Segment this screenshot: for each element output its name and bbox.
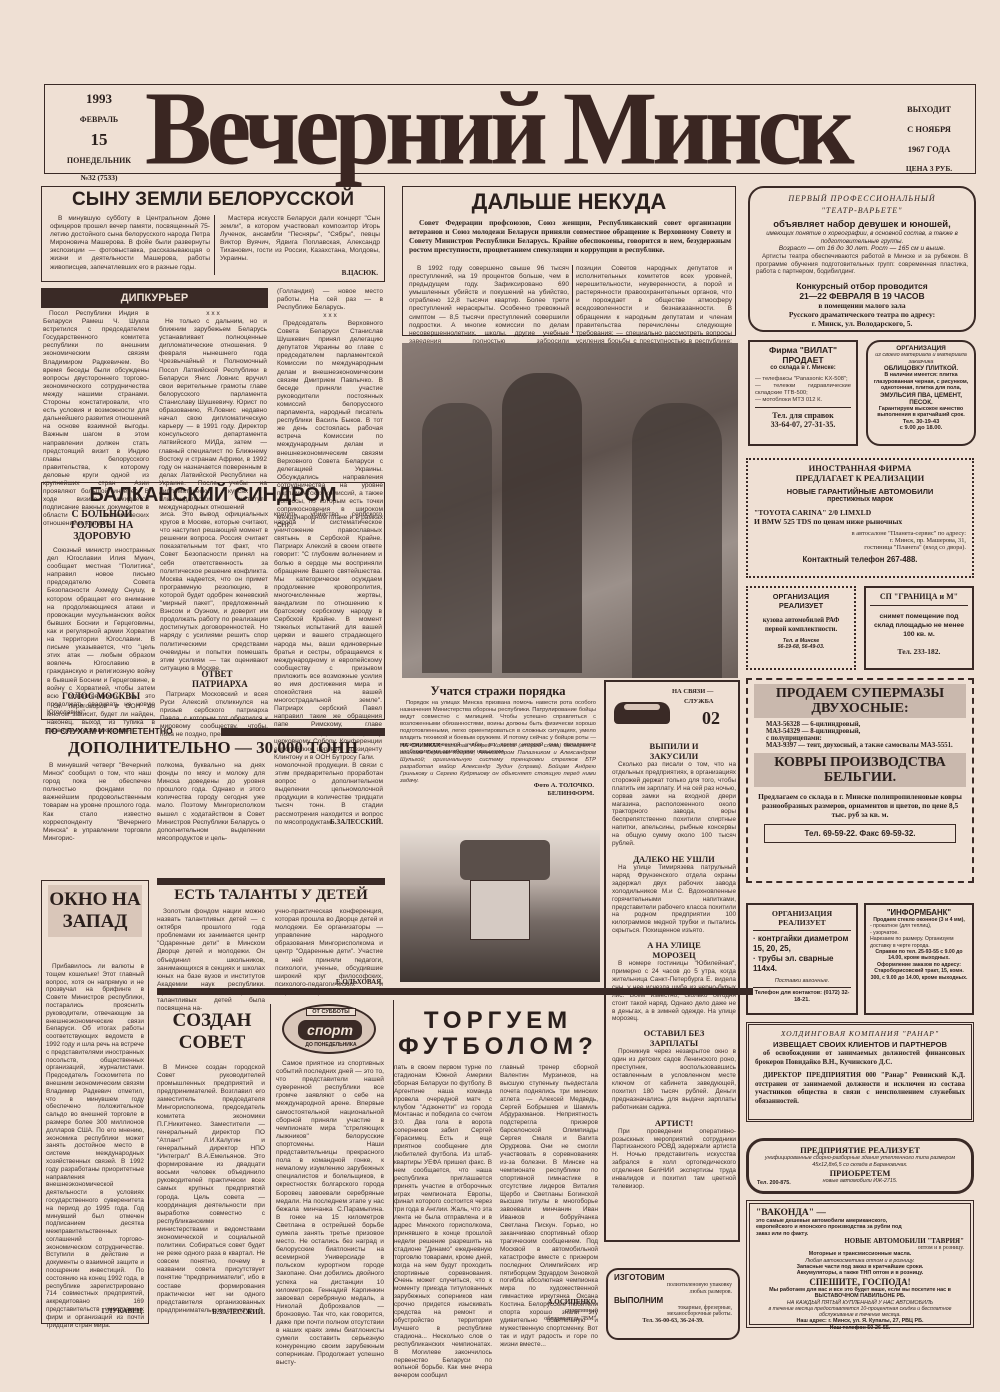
article-body: Самое приятное из спортивных событий пос… xyxy=(276,1060,384,1368)
article-col1: Золотым фондом нации можно назвать талан… xyxy=(157,908,265,1013)
ad-item: — мотоблоки МТЗ 012 К. xyxy=(755,397,851,408)
ad-addr3: гостиница "Планета" (вход со двора). xyxy=(754,544,966,551)
ad-phone: Тел. 200-875. xyxy=(757,1180,791,1186)
since-line2: С НОЯБРЯ xyxy=(881,119,977,139)
police-items: ВЫПИЛИ И ЗАКУСИЛИ Сколько раз писали о т… xyxy=(612,742,736,1191)
article-col2: зиса. Это вывод официальных кругов в Мос… xyxy=(160,511,268,673)
ad-title2: ПРОДАЕТ xyxy=(755,355,851,365)
item-body: В номере гостиницы "Юбилейная", примерно… xyxy=(612,960,736,1023)
ad-phone-label: Тел. для справок xyxy=(755,411,851,420)
ad-addr2: г. Минск, пр. Машерова, 31, xyxy=(754,537,966,544)
ad-teatr-variete: ПЕРВЫЙ ПРОФЕССИОНАЛЬНЫЙ "ТЕАТР-ВАРЬЕТЕ" … xyxy=(748,186,976,332)
ad-granica: СП "ГРАНИЦА и М" снимет помещение под ск… xyxy=(864,586,974,670)
ad-service: ОБЛИЦОВКУ ПЛИТКОЙ. xyxy=(872,365,970,372)
photo-credit1: Фото А. ТОЛОЧКО. xyxy=(500,782,594,789)
article-futbol: ТОРГУЕМ ФУТБОЛОМ? пать в своем первом ту… xyxy=(394,1000,602,1330)
newspaper-title: Вечерний Минск xyxy=(145,66,925,192)
ad-line: НОВЫЕ АВТОМОБИЛИ "ТАВРИЯ" xyxy=(756,1237,964,1245)
police-car-logo: НА СВЯЗИ — СЛУЖБА 02 xyxy=(612,686,736,736)
article-balkan: БАЛКАНСКИЙ СИНДРОМ С БОЛЬНОЙ ГОЛОВЫ НА З… xyxy=(41,482,385,720)
logo-number: 02 xyxy=(702,708,720,729)
ad-title2: ПРЕДЛАГАЕТ К РЕАЛИЗАЦИИ xyxy=(754,473,966,483)
masthead: 1993 ФЕВРАЛЬ 15 ПОНЕДЕЛЬНИК №32 (7533) В… xyxy=(44,84,976,174)
photo-credit2: БЕЛИНФОРМ. xyxy=(500,790,594,797)
logo-line2: СЛУЖБА xyxy=(684,698,713,705)
ad-h2: ВЫПОЛНИМ xyxy=(614,1296,732,1305)
separator: x x x xyxy=(277,312,383,320)
item-body: При проведении оперативно-розыскных меро… xyxy=(612,1128,736,1191)
ad-products: ЭМУЛЬСИЯ ПВА, ЦЕМЕНТ, ПЕСОК. xyxy=(872,392,970,406)
sport-logo: ОТ СУББОТЫ спорт ДО ПОНЕДЕЛЬНИКА xyxy=(282,1004,376,1054)
sport-logo-top: ОТ СУББОТЫ xyxy=(306,1008,356,1016)
ad-p2: ДИРЕКТОР ПРЕДПРИЯТИЯ 000 "Ранар" Ревинск… xyxy=(755,1071,965,1105)
item-title: АРТИСТ! xyxy=(612,1118,736,1128)
top-bar xyxy=(157,878,385,885)
photo-board xyxy=(470,880,530,940)
issue-number: №32 (7533) xyxy=(49,173,149,182)
ad-line: МАЗ-56328 — 6-цилиндровый, xyxy=(754,721,966,728)
article-author3: обозреватель "ВМ". xyxy=(544,1315,598,1322)
article-author: Е.ОЛЬХОВАЯ. xyxy=(336,978,383,986)
subhead: ОТВЕТ ПАТРИАРХА xyxy=(192,669,242,689)
police-column: НА СВЯЗИ — СЛУЖБА 02 ВЫПИЛИ И ЗАКУСИЛИ С… xyxy=(604,680,740,1242)
ad-line: МАЗ-9397 — тент, двухосный, а также само… xyxy=(754,742,966,749)
item-body: На улице Тимирязева патрульный наряд Фру… xyxy=(612,864,736,935)
article-col3a: (Голландия) — новое место работы. На сей… xyxy=(277,288,383,312)
ad-line: в течение месяца предоставляется 10-проц… xyxy=(756,1306,964,1318)
article-title: БАЛКАНСКИЙ СИНДРОМ xyxy=(42,484,384,507)
article-syn-zemli: СЫНУ ЗЕМЛИ БЕЛОРУССКОЙ В минувшую суббот… xyxy=(41,186,385,282)
item-title: А НА УЛИЦЕ МОРОЗЕЦ xyxy=(612,941,736,960)
article-lead: Совет Федерации профсоюзов, Союз женщин,… xyxy=(409,218,731,254)
date-block: 1993 ФЕВРАЛЬ 15 ПОНЕДЕЛЬНИК №32 (7533) xyxy=(49,91,149,182)
article-title: ДОПОЛНИТЕЛЬНО — 30.000 ТОНН xyxy=(41,738,385,758)
ad-phone: Тел. 233-182. xyxy=(870,647,968,656)
ad-predpriyatie: ПРЕДПРИЯТИЕ РЕАЛИЗУЕТ унифицированные сб… xyxy=(746,1138,974,1194)
article-okno: ОКНО НА ЗАПАД Прибавилось ли валюты в то… xyxy=(41,880,149,1324)
article-body: В Минске создан городской Совет руководи… xyxy=(157,1064,265,1315)
photo-vehicle xyxy=(460,840,550,880)
photo-caption: НА СНИМКАХ: капитан Андрей Колесов (втор… xyxy=(400,743,596,785)
ad-body: Артисты театра обеспечиваются работой в … xyxy=(756,253,968,276)
month: ФЕВРАЛЬ xyxy=(49,115,149,124)
article-author: Б.ЗАЛЕССКИЙ. xyxy=(330,818,383,826)
price: ЦЕНА 3 РУБ. xyxy=(881,159,977,179)
article-strazhi: Учатся стражи порядка Порядок на улицах … xyxy=(400,684,596,780)
since-block: ВЫХОДИТ С НОЯБРЯ 1967 ГОДА ЦЕНА 3 РУБ. xyxy=(881,99,977,179)
ad-models2: И BMW 525 TDS по ценам ниже рыночных xyxy=(754,517,966,526)
logo-line1: НА СВЯЗИ — xyxy=(672,688,713,695)
page-column-rule xyxy=(393,1000,394,1330)
ad-sub: из своего материала и материала заказчик… xyxy=(872,352,970,365)
ad-quality: Гарантируем высокое качество выполнения … xyxy=(872,406,970,419)
ad-headline: объявляет набор девушек и юношей, xyxy=(756,219,968,230)
subhead: С БОЛЬНОЙ ГОЛОВЫ НА ЗДОРОВУЮ xyxy=(52,509,152,542)
subhead: ГОЛОС МОСКВЫ xyxy=(47,691,155,701)
ad-title1: Фирма "ВИЛАТ" xyxy=(755,345,851,355)
kicker: ПО СЛУХАМ И КОМПЕТЕНТНО xyxy=(45,726,173,736)
item-body: Проникнув через незакрытое окно в один и… xyxy=(612,1048,736,1111)
ad-place3: г. Минск, ул. Володарского, 5. xyxy=(756,319,968,328)
ad-title: ОРГАНИЗАЦИЯ РЕАЛИЗУЕТ xyxy=(752,592,850,610)
caption-label: НА СНИМКАХ: xyxy=(400,743,442,749)
item-title: ВЫПИЛИ И ЗАКУСИЛИ xyxy=(612,742,736,761)
ad-plitka: ОРГАНИЗАЦИЯ из своего материала и матери… xyxy=(866,340,976,446)
column-divider xyxy=(270,1004,271,1324)
since-line3: 1967 ГОДА xyxy=(881,139,977,159)
article-dalshe-nekuda: ДАЛЬШЕ НЕКУДА Совет Федерации профсоюзов… xyxy=(402,186,736,336)
ad-title: ОРГАНИЗАЦИЯ xyxy=(872,345,970,352)
ad-models1: "TOYOTA CARINA" 2/0 LIMXLD xyxy=(754,508,966,517)
ad-line: токарные, фрезерные, механосборочные раб… xyxy=(614,1305,732,1319)
ad-title2: КОВРЫ ПРОИЗВОДСТВА БЕЛЬГИИ. xyxy=(754,753,966,787)
ad-line: полиэтиленовую упаковку любых размеров. xyxy=(614,1282,732,1296)
ad-title: ПРОДАЕМ СУПЕРМАЗЫ ДВУХОСНЫЕ: xyxy=(754,684,966,718)
article-col1: пать в своем первом турне по стадионам Ю… xyxy=(394,1064,492,1380)
ad-headline: ИЗВЕЩАЕТ СВОИХ КЛИЕНТОВ И ПАРТНЕРОВ xyxy=(755,1040,965,1049)
section-banner: ДИПКУРЬЕР xyxy=(41,288,268,308)
kicker-bar xyxy=(221,728,385,736)
ad-p1: об освобождении от занимаемых должностей… xyxy=(755,1049,965,1066)
ad-title1: ИНОСТРАННАЯ ФИРМА xyxy=(754,463,966,473)
article-col3: кратить убийство сербского народа и сист… xyxy=(274,511,382,762)
ad-phones: 33-64-07, 27-31-35. xyxy=(755,420,851,429)
ad-phone: Тел. 36-00-63, 36-24-39. xyxy=(614,1318,732,1324)
ad-maz-kovry: ПРОДАЕМ СУПЕРМАЗЫ ДВУХОСНЫЕ: МАЗ-56328 —… xyxy=(746,678,974,883)
article-body: Прибавилось ли валюты в тощем кошельке! … xyxy=(46,963,144,1329)
ad-line: унифицированные сборно-разборные здания … xyxy=(757,1155,963,1168)
ad-kontrgaiki: ОРГАНИЗАЦИЯ РЕАЛИЗУЕТ · контргайки диаме… xyxy=(746,903,858,1015)
ad-line: · контргайки диаметром 15, 20, 25, xyxy=(753,934,851,954)
separator: x x x xyxy=(159,310,267,318)
ad-line: Наш телефон 50-26-55. xyxy=(756,1325,964,1331)
article-talanty: ЕСТЬ ТАЛАНТЫ У ДЕТЕЙ Золотым фондом наци… xyxy=(157,878,385,996)
ad-line1: ПЕРВЫЙ ПРОФЕССИОНАЛЬНЫЙ xyxy=(756,194,968,203)
ad-title2: ПРИОБРЕТЕМ xyxy=(757,1168,963,1178)
ad-title: "ИНФОРМБАНК" xyxy=(870,908,968,917)
ad-h2: престижных марок xyxy=(754,496,966,503)
ad-line: Нарезаем по размеру. Организуем доставку… xyxy=(870,936,968,949)
ad-body: кузова автомобилей РАФ первой комплектно… xyxy=(752,616,850,634)
article-title: ДАЛЬШЕ НЕКУДА xyxy=(403,189,735,215)
ad-place1: в помещении малого зала xyxy=(756,301,968,310)
photo-figure xyxy=(422,403,492,673)
ad-title: СП "ГРАНИЦА и М" xyxy=(870,592,968,606)
ad-place2: Русского драматического театра по адресу… xyxy=(756,310,968,319)
ad-h1: НОВЫЕ ГАРАНТИЙНЫЕ АВТОМОБИЛИ xyxy=(754,487,966,496)
ad-hours: с 9.00 до 18.00. xyxy=(872,425,970,431)
ad-body2: Предлагаем со склада в г. Минске полипро… xyxy=(754,792,966,819)
ad-phone2: 56-19-68, 56-49-03. xyxy=(752,644,850,650)
ad-line2: "ТЕАТР-ВАРЬЕТЕ" xyxy=(756,206,968,215)
sport-logo-mid: спорт xyxy=(298,1020,362,1040)
day: 15 xyxy=(49,130,149,150)
ad-sub: со склада в г. Минске: xyxy=(755,365,851,371)
article-title: ОКНО НА ЗАПАД xyxy=(48,885,142,937)
photo-figure xyxy=(502,373,582,673)
ad-contest1: Конкурсный отбор проводится xyxy=(756,281,968,291)
article-col2: полкома, буквально на днях фонды по мясу… xyxy=(157,762,265,843)
ad-phone: Тел. 69-59-22. Факс 69-59-32. xyxy=(764,824,956,843)
ad-title: ОРГАНИЗАЦИЯ РЕАЛИЗУЕТ xyxy=(753,909,851,931)
ad-sub1: имеющих понятие о хореографии, в основно… xyxy=(756,230,968,245)
article-col2: Мастера искусств Беларуси дали концерт "… xyxy=(220,215,380,264)
article-author: Б.ЗАЛЕССКИЙ. xyxy=(212,1308,265,1316)
ad-line: Мы работаем для вас и все это будет ваше… xyxy=(756,1287,964,1300)
article-title: СЫНУ ЗЕМЛИ БЕЛОРУССКОЙ xyxy=(42,189,384,211)
ad-title: ПРЕДПРИЯТИЕ РЕАЛИЗУЕТ xyxy=(757,1145,963,1155)
ad-line: Оформление заказов по адресу: Староборис… xyxy=(870,962,968,981)
ad-informbank: "ИНФОРМБАНК" Продаем стекло оконное (3 и… xyxy=(864,903,974,1015)
item-title: ДАЛЕКО НЕ УШЛИ xyxy=(612,854,736,864)
ad-line: с полуприцепами: xyxy=(754,735,966,742)
article-author: В.ЦАСЮК. xyxy=(342,269,378,277)
photo-figure xyxy=(632,403,722,678)
article-author: Г.ЛУКАВЕЦ. xyxy=(102,1307,144,1315)
ad-contest2: 21—22 ФЕВРАЛЯ В 19 ЧАСОВ xyxy=(756,291,968,301)
ad-vakonda: "ВАКОНДА" — это самые дешевые автомобили… xyxy=(746,1200,974,1328)
ad-headline: СПЕШИТЕ, ГОСПОДА! xyxy=(756,1277,964,1287)
ad-phone: Телефон для контактов: (0172) 32-18-21. xyxy=(753,990,851,1004)
ad-line: МАЗ-54329 — 8-цилиндровый, xyxy=(754,728,966,735)
year: 1993 xyxy=(49,91,149,107)
article-title: Учатся стражи порядка xyxy=(400,684,596,699)
ad-line: Справки по тел. 25-93-55 с 9.00 до 14.00… xyxy=(870,949,968,962)
sport-logo-bottom: ДО ПОНЕДЕЛЬНИКА xyxy=(296,1042,366,1048)
ad-ranar: ХОЛДИНГОВАЯ КОМПАНИЯ "РАНАР" ИЗВЕЩАЕТ СВ… xyxy=(746,1022,974,1122)
ad-title: "ВАКОНДА" — xyxy=(756,1208,964,1218)
article-30000-tonn: ПО СЛУХАМ И КОМПЕТЕНТНО ДОПОЛНИТЕЛЬНО — … xyxy=(41,726,385,856)
article-author1: А.ОСИПЕНКО, xyxy=(548,1298,599,1306)
article-dipkurier: ДИПКУРЬЕР Посол Республики Индия в Белар… xyxy=(41,288,385,478)
article-sovet: СОЗДАН СОВЕТ В Минске создан городской С… xyxy=(157,1000,267,1330)
ad-body: снимет помещение под склад площадью не м… xyxy=(870,612,968,639)
ad-line: это самые дешевые автомобили американско… xyxy=(756,1218,906,1237)
ad-raf: ОРГАНИЗАЦИЯ РЕАЛИЗУЕТ кузова автомобилей… xyxy=(746,586,856,670)
photo-soldiers-btr xyxy=(400,830,600,982)
column-divider xyxy=(214,215,215,275)
article-title: ЕСТЬ ТАЛАНТЫ У ДЕТЕЙ xyxy=(157,887,385,904)
ad-vilat: Фирма "ВИЛАТ" ПРОДАЕТ со склада в г. Мин… xyxy=(748,340,858,446)
ad-note: Поставки вагонные. xyxy=(753,978,851,988)
since-line1: ВЫХОДИТ xyxy=(881,99,977,119)
article-author2: спортивный xyxy=(565,1307,598,1314)
ad-h1: ИЗГОТОВИМ xyxy=(614,1273,732,1282)
photo-soldiers-main xyxy=(402,343,738,678)
article-sport: ОТ СУББОТЫ спорт ДО ПОНЕДЕЛЬНИКА Самое п… xyxy=(274,1000,386,1330)
ad-izgotovim: ИЗГОТОВИМ полиэтиленовую упаковку любых … xyxy=(606,1268,740,1340)
article-col1: В минувшую субботу в Центральном Доме оф… xyxy=(50,215,210,272)
caption-text: капитан Андрей Колесов (второй слева) бе… xyxy=(400,743,596,784)
article-title: ТОРГУЕМ ФУТБОЛОМ? xyxy=(394,1008,602,1060)
ad-phone: Контактный телефон 267-488. xyxy=(754,555,966,564)
car-window-icon xyxy=(624,704,660,710)
ad-item: — тележки гидравлические складские ТГВ-5… xyxy=(755,383,851,397)
ad-title: ХОЛДИНГОВАЯ КОМПАНИЯ "РАНАР" xyxy=(755,1029,965,1038)
ad-sub2: Возраст — от 16 до 30 лет. Рост — 165 см… xyxy=(756,245,968,253)
item-title: ОСТАВИЛ БЕЗ ЗАРПЛАТЫ xyxy=(612,1029,736,1048)
weekday: ПОНЕДЕЛЬНИК xyxy=(49,156,149,165)
ad-line: · трубы эл. сварные 114х4. xyxy=(753,954,851,974)
article-title: СОЗДАН СОВЕТ xyxy=(157,1010,267,1054)
item-body: Сколько раз писали о том, что на отдельн… xyxy=(612,761,736,848)
ad-item: — телефаксы "Panasonic KX-508"; xyxy=(755,376,851,383)
ad-body: В наличии имеется: плитка глазурованная … xyxy=(872,372,970,392)
article-col1: В минувший четверг "Вечерний Минск" сооб… xyxy=(43,762,151,843)
ad-addr1: в автосалоне "Планета-сервис" по адресу: xyxy=(754,530,966,537)
ad-inostrannaya-firma: ИНОСТРАННАЯ ФИРМА ПРЕДЛАГАЕТ К РЕАЛИЗАЦИ… xyxy=(746,458,974,578)
column-divider xyxy=(572,265,573,333)
